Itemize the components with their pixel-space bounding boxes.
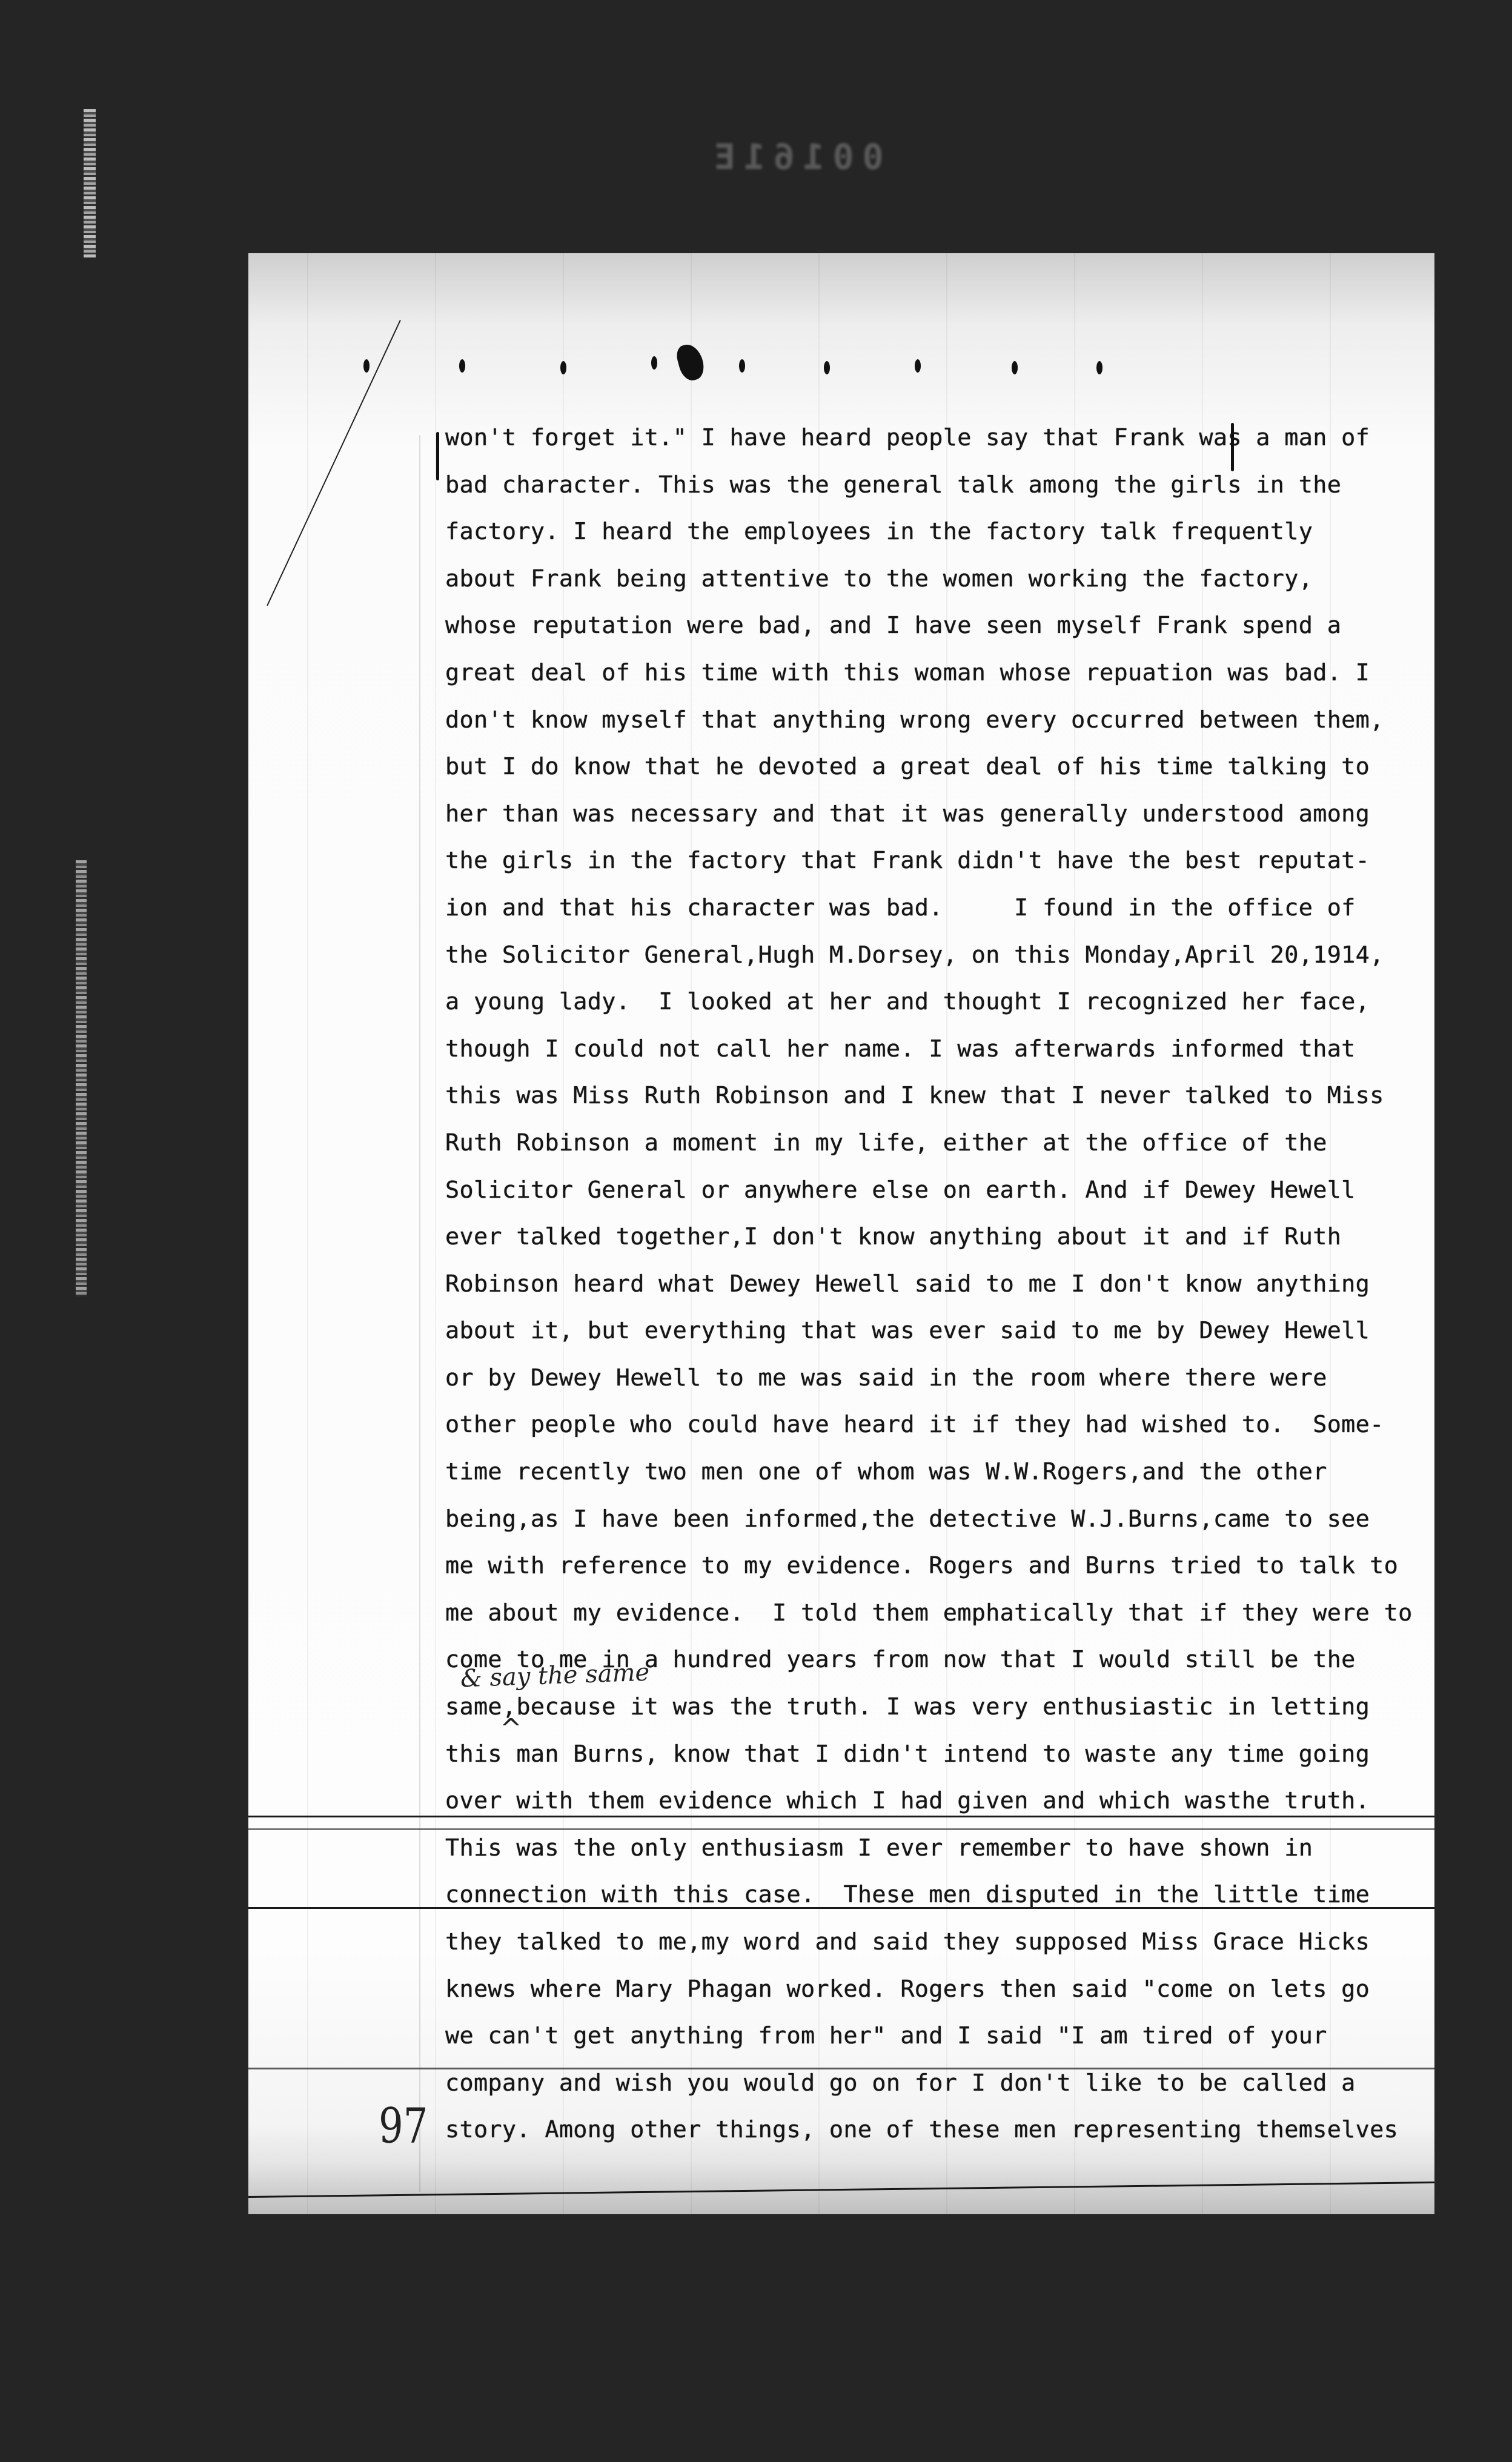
text-line: about Frank being attentive to the women… — [445, 556, 1427, 603]
text-line: the girls in the factory that Frank didn… — [445, 837, 1427, 884]
margin-rule — [419, 435, 420, 2192]
text-line: the Solicitor General,Hugh M.Dorsey, on … — [445, 932, 1427, 979]
text-line: factory. I heard the employees in the fa… — [445, 508, 1427, 556]
text-line: company and wish you would go on for I d… — [445, 2060, 1427, 2107]
diagonal-pen-line — [267, 320, 401, 606]
film-frame-number: 00161E — [706, 136, 884, 178]
punch-mark — [363, 359, 370, 373]
text-line: don't know myself that anything wrong ev… — [445, 697, 1427, 744]
document-page: won't forget it." I have heard people sa… — [248, 253, 1434, 2214]
punch-mark — [1012, 361, 1018, 374]
text-line: other people who could have heard it if … — [445, 1401, 1427, 1448]
text-line: or by Dewey Hewell to me was said in the… — [445, 1355, 1427, 1402]
text-line: time recently two men one of whom was W.… — [445, 1448, 1427, 1496]
text-line: great deal of his time with this woman w… — [445, 649, 1427, 697]
text-line: whose reputation were bad, and I have se… — [445, 602, 1427, 649]
film-edge-strip — [84, 109, 96, 257]
ink-blot — [674, 342, 707, 383]
text-line: This was the only enthusiasm I ever reme… — [445, 1825, 1427, 1872]
text-line: ever talked together,I don't know anythi… — [445, 1213, 1427, 1261]
punch-mark — [824, 361, 830, 374]
text-line: this was Miss Ruth Robinson and I knew t… — [445, 1072, 1427, 1120]
punch-mark — [1096, 361, 1102, 374]
film-edge-strip — [76, 860, 87, 1296]
text-line: about it, but everything that was ever s… — [445, 1307, 1427, 1355]
typed-text-body: won't forget it." I have heard people sa… — [445, 414, 1427, 2154]
punch-mark — [651, 356, 657, 370]
text-line: over with them evidence which I had give… — [445, 1777, 1427, 1825]
text-line: they talked to me,my word and said they … — [445, 1919, 1427, 1966]
text-line: same,because it was the truth. I was ver… — [445, 1684, 1427, 1731]
punch-mark — [915, 359, 921, 373]
text-line: Solicitor General or anywhere else on ea… — [445, 1167, 1427, 1214]
text-line: ion and that his character was bad. I fo… — [445, 884, 1427, 932]
text-line: Robinson heard what Dewey Hewell said to… — [445, 1261, 1427, 1308]
text-line: won't forget it." I have heard people sa… — [445, 414, 1427, 462]
pen-mark — [436, 432, 439, 480]
text-line: but I do know that he devoted a great de… — [445, 743, 1427, 791]
text-line: this man Burns, know that I didn't inten… — [445, 1731, 1427, 1778]
punch-mark — [739, 359, 745, 373]
text-line: bad character. This was the general talk… — [445, 462, 1427, 509]
insertion-caret: ^ — [500, 1713, 522, 1744]
text-line: her than was necessary and that it was g… — [445, 791, 1427, 838]
text-line: Ruth Robinson a moment in my life, eithe… — [445, 1120, 1427, 1167]
text-line: being,as I have been informed,the detect… — [445, 1496, 1427, 1543]
text-line: we can't get anything from her" and I sa… — [445, 2012, 1427, 2060]
punch-mark — [560, 361, 566, 374]
text-line: a young lady. I looked at her and though… — [445, 978, 1427, 1026]
text-line: knews where Mary Phagan worked. Rogers t… — [445, 1966, 1427, 2013]
text-line: connection with this case. These men dis… — [445, 1871, 1427, 1919]
text-line: though I could not call her name. I was … — [445, 1026, 1427, 1073]
text-line: me with reference to my evidence. Rogers… — [445, 1542, 1427, 1590]
punch-mark — [459, 359, 465, 373]
text-line: me about my evidence. I told them emphat… — [445, 1590, 1427, 1637]
scan-shading — [248, 2123, 1434, 2214]
